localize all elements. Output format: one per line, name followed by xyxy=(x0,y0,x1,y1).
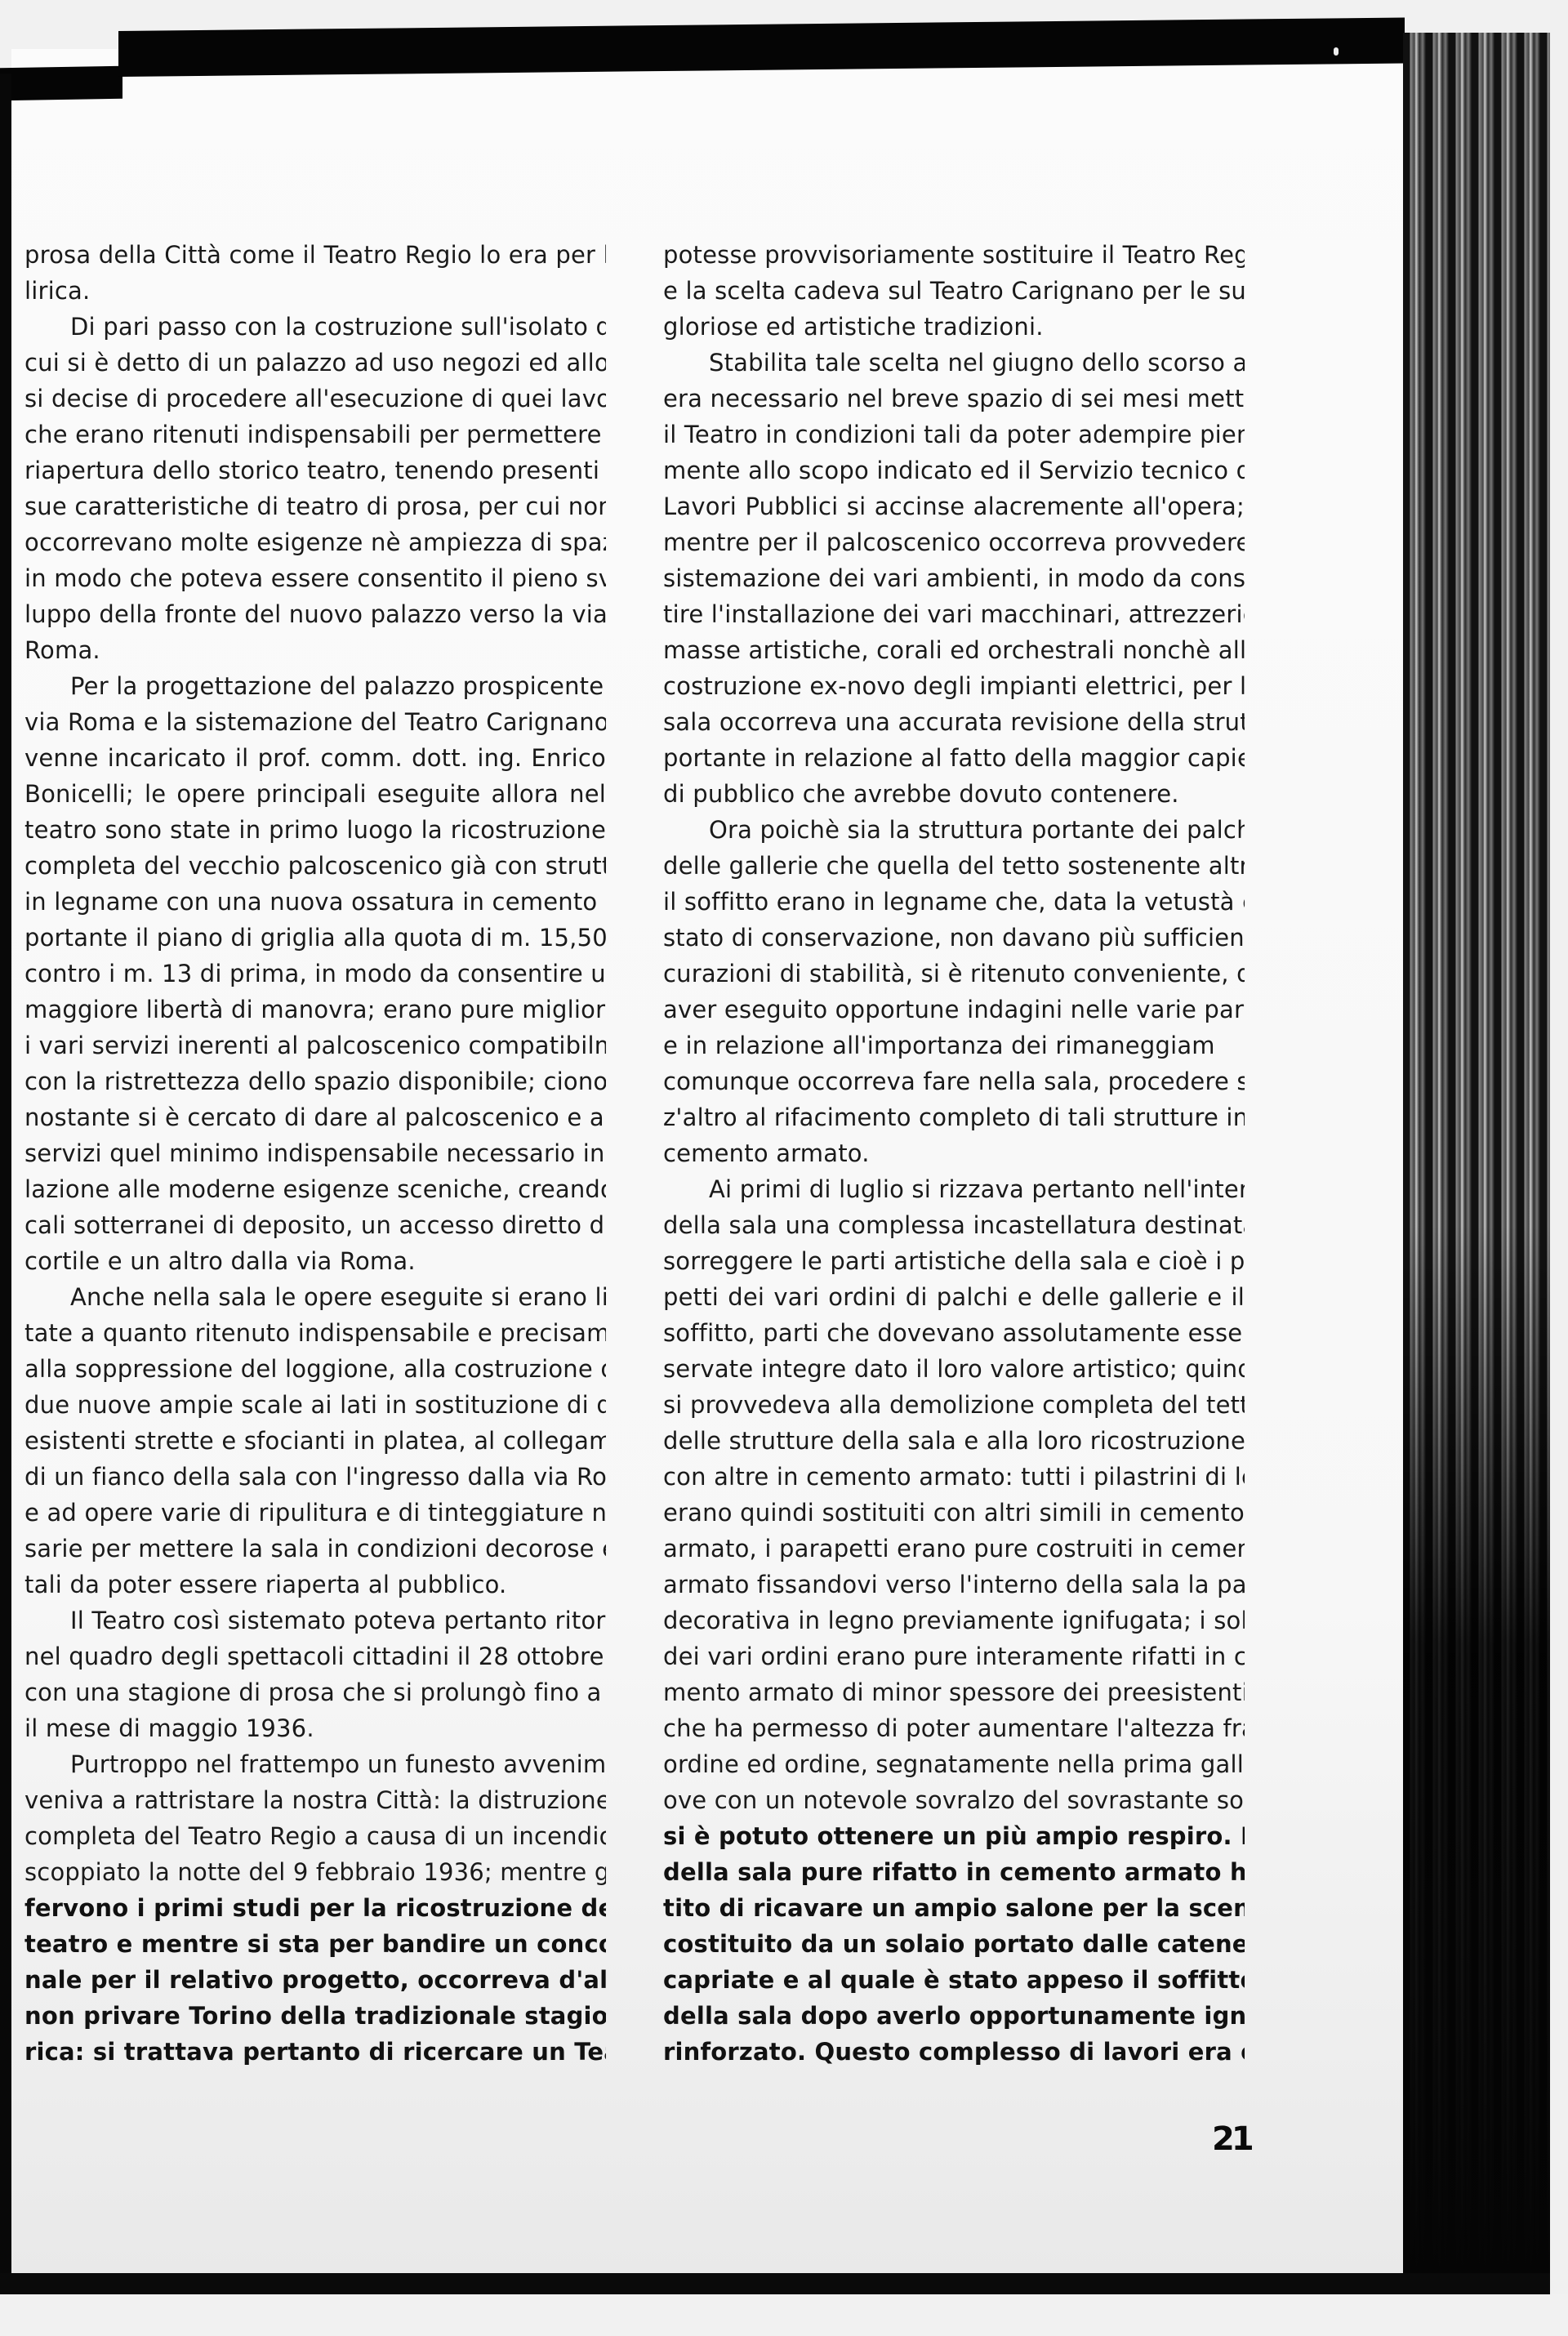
text-line: sue caratteristiche di teatro di prosa, … xyxy=(24,488,606,524)
text-line: nostante si è cercato di dare al palcosc… xyxy=(24,1099,606,1135)
text-line: della sala pure rifatto in cemento armat… xyxy=(663,1854,1245,1890)
text-line: mente allo scopo indicato ed il Servizio… xyxy=(663,452,1245,488)
text-line: dei vari ordini erano pure interamente r… xyxy=(663,1638,1245,1674)
text-line: completa del Teatro Regio a causa di un … xyxy=(24,1818,606,1854)
scan-artifact xyxy=(1334,47,1339,56)
text-line: costituito da un solaio portato dalle ca… xyxy=(663,1926,1245,1962)
text-line: non privare Torino della tradizionale st… xyxy=(24,1998,606,2034)
text-line: i vari servizi inerenti al palcoscenico … xyxy=(24,1028,606,1063)
text-line: lirica. xyxy=(24,273,606,309)
text-line: di pubblico che avrebbe dovuto contenere… xyxy=(663,776,1245,812)
text-line: di un fianco della sala con l'ingresso d… xyxy=(24,1459,606,1495)
text-line: sistemazione dei vari ambienti, in modo … xyxy=(663,560,1245,596)
text-line: si provvedeva alla demolizione completa … xyxy=(663,1387,1245,1423)
text-line: il Teatro in condizioni tali da poter ad… xyxy=(663,417,1245,452)
text-line: cortile e un altro dalla via Roma. xyxy=(24,1243,606,1279)
text-line: della sala una complessa incastellatura … xyxy=(663,1207,1245,1243)
text-line: armato fissandovi verso l'interno della … xyxy=(663,1567,1245,1603)
text-line: stato di conservazione, non davano più s… xyxy=(663,920,1245,956)
scan-margin-right xyxy=(1550,0,1568,2336)
text-line: tali da poter essere riaperta al pubblic… xyxy=(24,1567,606,1603)
text-line: nel quadro degli spettacoli cittadini il… xyxy=(24,1638,606,1674)
text-line: portante in relazione al fatto della mag… xyxy=(663,740,1245,776)
text-line: z'altro al rifacimento completo di tali … xyxy=(663,1099,1245,1135)
text-line: rinforzato. Questo complesso di lavori e… xyxy=(663,2034,1245,2070)
text-line: mentre per il palcoscenico occorreva pro… xyxy=(663,524,1245,560)
text-line: il soffitto erano in legname che, data l… xyxy=(663,884,1245,920)
text-line: che ha permesso di poter aumentare l'alt… xyxy=(663,1710,1245,1746)
text-column-right: potesse provvisoriamente sostituire il T… xyxy=(663,237,1245,2070)
text-line: mento armato di minor spessore dei prees… xyxy=(663,1674,1245,1710)
text-line: con altre in cemento armato: tutti i pil… xyxy=(663,1459,1245,1495)
text-line: curazioni di stabilità, si è ritenuto co… xyxy=(663,956,1245,992)
text-line: gloriose ed artistiche tradizioni. xyxy=(663,309,1245,345)
text-line: e in relazione all'importanza dei rimane… xyxy=(663,1028,1245,1063)
text-line: che erano ritenuti indispensabili per pe… xyxy=(24,417,606,452)
text-line: rica: si trattava pertanto di ricercare … xyxy=(24,2034,606,2070)
text-line: petti dei vari ordini di palchi e delle … xyxy=(663,1279,1245,1315)
text-line: erano quindi sostituiti con altri simili… xyxy=(663,1495,1245,1531)
text-line: armato, i parapetti erano pure costruiti… xyxy=(663,1531,1245,1567)
text-line: esistenti strette e sfocianti in platea,… xyxy=(24,1423,606,1459)
text-line: prosa della Città come il Teatro Regio l… xyxy=(24,237,606,273)
text-line: fervono i primi studi per la ricostruzio… xyxy=(24,1890,606,1926)
text-line: potesse provvisoriamente sostituire il T… xyxy=(663,237,1245,273)
text-line: tito di ricavare un ampio salone per la … xyxy=(663,1890,1245,1926)
scan-border-bottom xyxy=(0,2273,1552,2294)
text-line: Purtroppo nel frattempo un funesto avven… xyxy=(24,1746,606,1782)
text-line: costruzione ex-novo degli impianti elett… xyxy=(663,668,1245,704)
scan-border-left xyxy=(0,74,11,2295)
text-line: sala occorreva una accurata revisione de… xyxy=(663,704,1245,740)
text-line: in legname con una nuova ossatura in cem… xyxy=(24,884,606,920)
text-line: Anche nella sala le opere eseguite si er… xyxy=(24,1279,606,1315)
text-line: contro i m. 13 di prima, in modo da cons… xyxy=(24,956,606,992)
text-line: portante il piano di griglia alla quota … xyxy=(24,920,606,956)
text-line: delle gallerie che quella del tetto sost… xyxy=(663,848,1245,884)
text-line: era necessario nel breve spazio di sei m… xyxy=(663,381,1245,417)
text-line: sorreggere le parti artistiche della sal… xyxy=(663,1243,1245,1279)
text-line: venne incaricato il prof. comm. dott. in… xyxy=(24,740,606,776)
page-number: 21 xyxy=(1212,2120,1251,2158)
text-line: Stabilita tale scelta nel giugno dello s… xyxy=(663,345,1245,381)
text-line: ove con un notevole sovralzo del sovrast… xyxy=(663,1782,1245,1818)
text-line: si decise di procedere all'esecuzione di… xyxy=(24,381,606,417)
text-line: Bonicelli; le opere principali eseguite … xyxy=(24,776,606,812)
text-line: servate integre dato il loro valore arti… xyxy=(663,1351,1245,1387)
text-line: decorativa in legno previamente ignifuga… xyxy=(663,1603,1245,1638)
text-line: nale per il relativo progetto, occorreva… xyxy=(24,1962,606,1998)
text-line: Lavori Pubblici si accinse alacremente a… xyxy=(663,488,1245,524)
text-line: cali sotterranei di deposito, un accesso… xyxy=(24,1207,606,1243)
text-line: due nuove ampie scale ai lati in sostitu… xyxy=(24,1387,606,1423)
text-line: luppo della fronte del nuovo palazzo ver… xyxy=(24,596,606,632)
text-line: della sala dopo averlo opportunamente ig… xyxy=(663,1998,1245,2034)
text-line: riapertura dello storico teatro, tenendo… xyxy=(24,452,606,488)
text-line: occorrevano molte esigenze nè ampiezza d… xyxy=(24,524,606,560)
text-line: cemento armato. xyxy=(663,1135,1245,1171)
text-line: tire l'installazione dei vari macchinari… xyxy=(663,596,1245,632)
text-line: teatro e mentre si sta per bandire un co… xyxy=(24,1926,606,1962)
scan-margin-bottom xyxy=(0,2294,1568,2336)
scan-border-top-left xyxy=(0,66,122,101)
text-line: servizi quel minimo indispensabile neces… xyxy=(24,1135,606,1171)
text-line: masse artistiche, corali ed orchestrali … xyxy=(663,632,1245,668)
text-line: lazione alle moderne esigenze sceniche, … xyxy=(24,1171,606,1207)
text-line: scoppiato la notte del 9 febbraio 1936; … xyxy=(24,1854,606,1890)
text-line: teatro sono state in primo luogo la rico… xyxy=(24,812,606,848)
book-spine-shadow xyxy=(1403,1225,1550,2275)
text-line: cui si è detto di un palazzo ad uso nego… xyxy=(24,345,606,381)
text-line: sarie per mettere la sala in condizioni … xyxy=(24,1531,606,1567)
text-line: soffitto, parti che dovevano assolutamen… xyxy=(663,1315,1245,1351)
text-line: aver eseguito opportune indagini nelle v… xyxy=(663,992,1245,1028)
text-line: e la scelta cadeva sul Teatro Carignano … xyxy=(663,273,1245,309)
text-line: Roma. xyxy=(24,632,606,668)
text-line: con la ristrettezza dello spazio disponi… xyxy=(24,1063,606,1099)
text-line: Ai primi di luglio si rizzava pertanto n… xyxy=(663,1171,1245,1207)
text-line: comunque occorreva fare nella sala, proc… xyxy=(663,1063,1245,1099)
text-line: tate a quanto ritenuto indispensabile e … xyxy=(24,1315,606,1351)
text-line: in modo che poteva essere consentito il … xyxy=(24,560,606,596)
text-line: si è potuto ottenere un più ampio respir… xyxy=(663,1818,1245,1854)
text-line: via Roma e la sistemazione del Teatro Ca… xyxy=(24,704,606,740)
text-line: Il Teatro così sistemato poteva pertanto… xyxy=(24,1603,606,1638)
text-line: maggiore libertà di manovra; erano pure … xyxy=(24,992,606,1028)
text-line: delle strutture della sala e alla loro r… xyxy=(663,1423,1245,1459)
text-line: ordine ed ordine, segnatamente nella pri… xyxy=(663,1746,1245,1782)
text-line: e ad opere varie di ripulitura e di tint… xyxy=(24,1495,606,1531)
text-column-left: prosa della Città come il Teatro Regio l… xyxy=(24,237,606,2070)
text-line: il mese di maggio 1936. xyxy=(24,1710,606,1746)
text-line: Per la progettazione del palazzo prospic… xyxy=(24,668,606,704)
text-line: Di pari passo con la costruzione sull'is… xyxy=(24,309,606,345)
text-line: completa del vecchio palcoscenico già co… xyxy=(24,848,606,884)
text-line: con una stagione di prosa che si prolung… xyxy=(24,1674,606,1710)
text-line: capriate e al quale è stato appeso il so… xyxy=(663,1962,1245,1998)
text-line: alla soppressione del loggione, alla cos… xyxy=(24,1351,606,1387)
text-line: veniva a rattristare la nostra Città: la… xyxy=(24,1782,606,1818)
text-line: Ora poichè sia la struttura portante dei… xyxy=(663,812,1245,848)
